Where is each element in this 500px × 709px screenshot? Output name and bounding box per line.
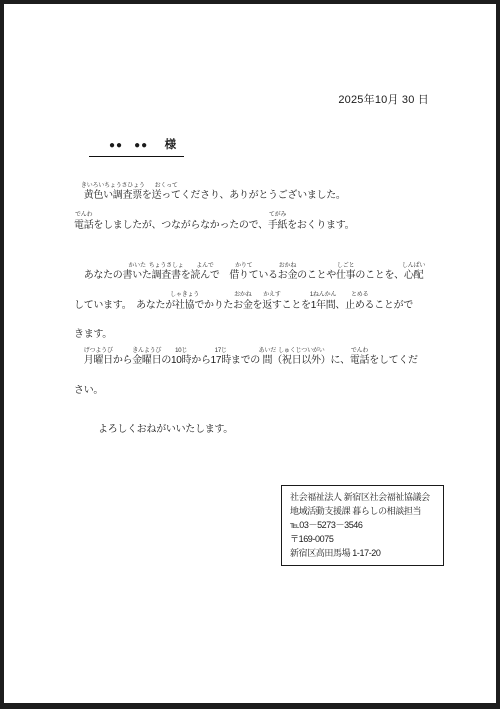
body-paragraph: 黄色い調査票きいろいちょうさひょうを送っておくってくださり、ありがとうございまし… [74,189,346,219]
body-text: の [161,355,171,366]
ruby-annotated-text: 止めるとめる [345,299,374,313]
body-line: しています。 あなたが社協しゃきょうでかりたお金おかねを返すかえすことを1年間1… [74,299,423,329]
ruby-annotated-text: 祝日以外しゅくじついがい [282,354,321,368]
ruby-annotated-text: 書いたかいた [123,269,152,283]
body-text: 、 [335,300,345,311]
body-text [220,270,230,281]
furigana-text: かえす [263,292,280,298]
body-line: さい。 [74,384,418,414]
body-text [74,355,84,366]
body-text: さい。 [74,385,103,396]
ruby-annotated-text: お金おかね [233,299,252,313]
ruby-annotated-text: 調査書ちょうさしょ [152,269,181,283]
furigana-text: よんで [196,263,213,269]
body-text: あなたの [74,270,123,281]
furigana-text: きいろいちょうさひょう [81,183,145,189]
body-paragraph: 月曜日げつようびから金曜日きんようびの10時10じから17時17じまでの 間あい… [74,354,418,413]
closing-line: よろしくおねがいいたします。 [98,420,233,435]
body-text: ことがで [374,300,413,311]
furigana-text: おかね [279,263,296,269]
body-text: から [113,355,132,366]
furigana-text: しんぱい [402,263,425,269]
recipient-honorific: 様 [165,139,177,151]
ruby-annotated-text: 社協しゃきょう [175,299,194,313]
letter-document: 2025年10月 30 日 ●● ●● 様 黄色い調査票きいろいちょうさひょうを… [4,4,496,703]
body-text: から [191,355,210,366]
furigana-text: あいだ [259,348,276,354]
sender-address: 新宿区高田馬場 1-17-20 [290,546,436,560]
furigana-text: 10じ [175,348,187,354]
sender-contact-box: 社会福祉法人 新宿区社会福祉協議会 地域活動支援課 暮らしの相談担当 ℡03－5… [281,485,444,566]
furigana-text: ちょうさしょ [149,263,184,269]
body-text: ことを [282,300,311,311]
ruby-annotated-text: 17時17じ [211,354,231,368]
ruby-annotated-text: 黄色い調査票きいろいちょうさひょう [84,189,142,203]
furigana-text: でんわ [351,348,368,354]
body-paragraph: あなたの書いたかいた調査書ちょうさしょを読んでよんで 借りてかりているお金おかね… [74,269,423,358]
furigana-text: おくって [155,183,178,189]
furigana-text: かりて [235,263,252,269]
body-line: 黄色い調査票きいろいちょうさひょうを送っておくってくださり、ありがとうございまし… [74,189,346,219]
ruby-annotated-text: 仕事しごと [336,269,355,283]
ruby-annotated-text: 10時10じ [171,354,191,368]
body-text: をしてくだ [369,355,418,366]
body-text: （ [272,355,282,366]
sender-phone: ℡03－5273－3546 [290,518,436,532]
body-text: きます。 [74,329,112,340]
furigana-text: しゃきょう [170,292,199,298]
furigana-text: でんわ [75,212,92,218]
body-text [74,190,84,201]
body-text: を [142,190,152,201]
body-text: をしましたが、つながらなかったので、 [93,220,267,231]
ruby-annotated-text: 1年間1ねんかん [311,299,336,313]
furigana-text: おかね [234,292,251,298]
body-line: 月曜日げつようびから金曜日きんようびの10時10じから17時17じまでの 間あい… [74,354,418,384]
furigana-text: 1ねんかん [310,292,336,298]
sender-organization: 社会福祉法人 新宿区社会福祉協議会 [290,490,436,504]
sender-department: 地域活動支援課 暮らしの相談担当 [290,504,436,518]
ruby-annotated-text: 読んでよんで [190,269,219,283]
body-text: を [181,270,191,281]
body-text: のことを、 [355,270,404,281]
ruby-annotated-text: 電話でんわ [74,219,93,233]
ruby-annotated-text: 手紙てがみ [268,219,287,233]
ruby-annotated-text: 月曜日げつようび [84,354,113,368]
furigana-text: しゅくじついがい [278,348,324,354]
body-text: をおくります。 [287,220,354,231]
furigana-text: とめる [351,292,368,298]
ruby-annotated-text: 送っておくって [152,189,181,203]
screenshot-root: { "document": { "date": "2025年10月 30 日",… [0,0,500,709]
body-paragraph: 電話でんわをしましたが、つながらなかったので、手紙てがみをおくります。 [74,219,354,249]
body-text: までの [231,355,263,366]
body-text: いる [258,270,277,281]
furigana-text: きんようび [132,348,161,354]
furigana-text: げつようび [84,348,113,354]
furigana-text: 17じ [215,348,227,354]
body-text: を [253,300,263,311]
body-text: くださり、ありがとうございました。 [181,190,346,201]
ruby-annotated-text: 返すかえす [262,299,281,313]
ruby-annotated-text: 電話でんわ [350,354,369,368]
ruby-annotated-text: 金曜日きんようび [132,354,161,368]
body-line: 電話でんわをしましたが、つながらなかったので、手紙てがみをおくります。 [74,219,354,249]
body-text: のことや [297,270,336,281]
furigana-text: てがみ [269,212,286,218]
body-text: でかりた [194,300,233,311]
furigana-text: かいた [128,263,145,269]
body-text: ）に、 [321,355,350,366]
sender-postal-code: 〒169-0075 [290,532,436,546]
furigana-text: しごと [337,263,354,269]
ruby-annotated-text: 借りてかりて [229,269,258,283]
letter-date: 2025年10月 30 日 [338,91,429,107]
ruby-annotated-text: お金おかね [278,269,297,283]
body-text: しています。 あなたが [74,300,175,311]
ruby-annotated-text: 間あいだ [263,354,273,368]
recipient-name: ●● ●● [109,140,148,151]
ruby-annotated-text: 心配しんぱい [404,269,423,283]
recipient-line: ●● ●● 様 [89,133,184,157]
recipient-underlined-area: ●● ●● 様 [89,133,184,157]
